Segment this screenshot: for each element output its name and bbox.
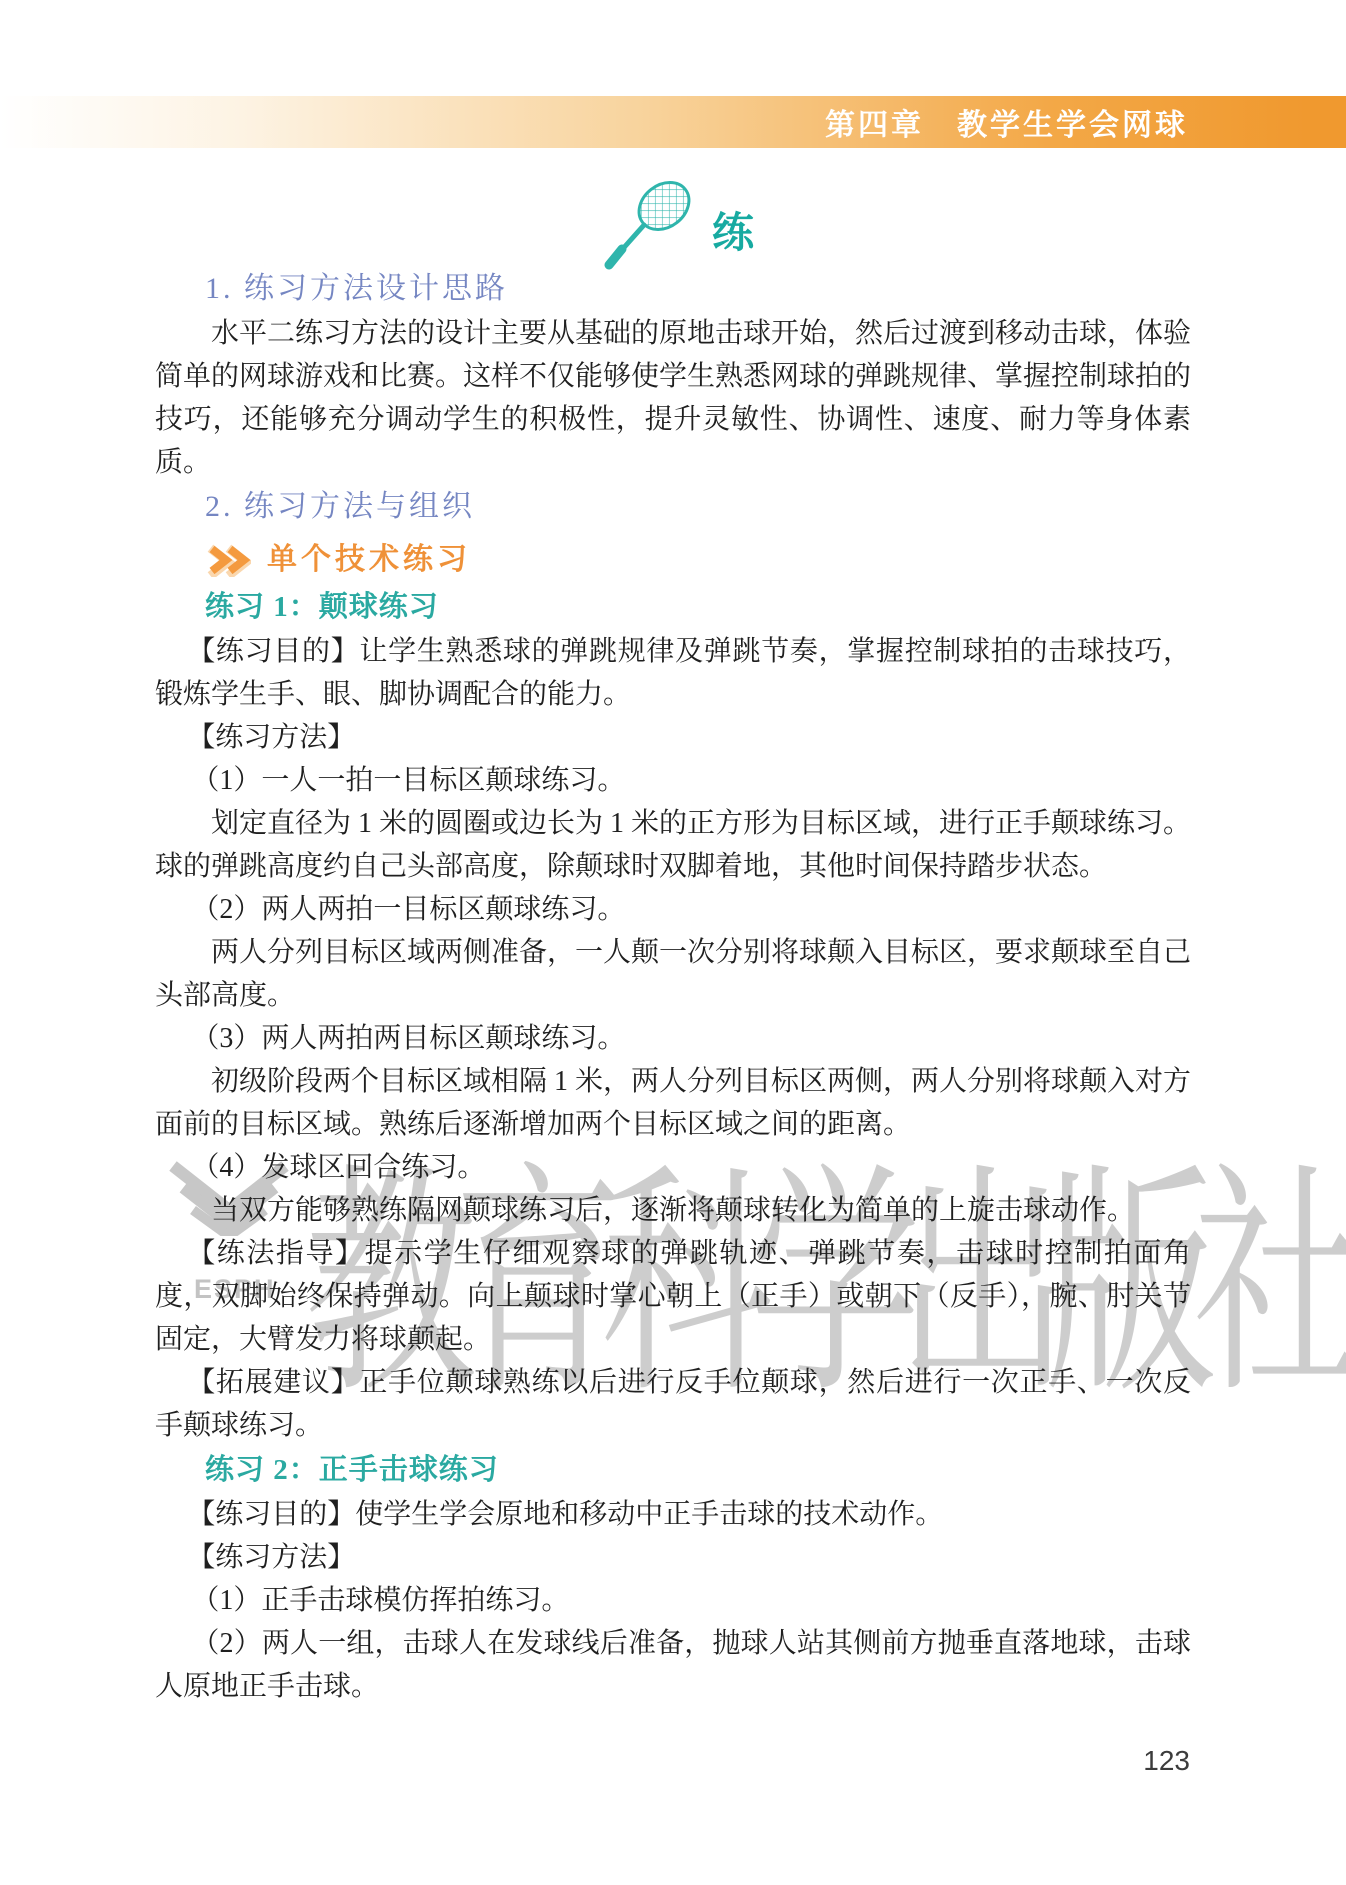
subsection-title: 单个技术练习	[267, 536, 471, 584]
section-heading-design: 1. 练习方法设计思路	[155, 266, 1191, 312]
page-content: 1. 练习方法设计思路 水平二练习方法的设计主要从基础的原地击球开始，然后过渡到…	[155, 266, 1191, 1708]
exercise1-tip: 【拓展建议】正手位颠球熟练以后进行反手位颠球，然后进行一次正手、一次反手颠球练习…	[155, 1361, 1191, 1447]
subsection-single-skill: 单个技术练习	[155, 536, 1191, 584]
exercise1-method4: （4）发球区回合练习。	[155, 1146, 1191, 1189]
exercise1-title: 练习 1：颠球练习	[155, 584, 1191, 630]
page-number: 123	[1143, 1745, 1190, 1777]
exercise1-method3: （3）两人两拍两目标区颠球练习。	[155, 1017, 1191, 1060]
exercise1-method-label: 【练习方法】	[155, 716, 1191, 759]
exercise2-method2: （2）两人一组，击球人在发球线后准备，抛球人站其侧前方抛垂直落地球，击球人原地正…	[155, 1622, 1191, 1708]
exercise2-title: 练习 2：正手击球练习	[155, 1447, 1191, 1493]
exercise1-method1: （1）一人一拍一目标区颠球练习。	[155, 759, 1191, 802]
tennis-racket-icon	[596, 176, 708, 272]
practice-label: 练	[712, 200, 754, 260]
exercise1-guide: 【练法指导】提示学生仔细观察球的弹跳轨迹、弹跳节奏，击球时控制拍面角度，双脚始终…	[155, 1232, 1191, 1361]
double-chevron-icon	[205, 543, 251, 577]
paragraph-design-intro: 水平二练习方法的设计主要从基础的原地击球开始，然后过渡到移动击球，体验简单的网球…	[155, 312, 1191, 484]
chapter-title: 第四章 教学生学会网球	[825, 100, 1188, 144]
exercise1-method1-desc: 划定直径为 1 米的圆圈或边长为 1 米的正方形为目标区域，进行正手颠球练习。球…	[155, 802, 1191, 888]
exercise2-method-label: 【练习方法】	[155, 1536, 1191, 1579]
exercise2-method1: （1）正手击球模仿挥拍练习。	[155, 1579, 1191, 1622]
exercise1-method4-desc: 当双方能够熟练隔网颠球练习后，逐渐将颠球转化为简单的上旋击球动作。	[155, 1189, 1191, 1232]
exercise2-purpose: 【练习目的】使学生学会原地和移动中正手击球的技术动作。	[155, 1493, 1191, 1536]
practice-marker: 练	[596, 176, 816, 276]
exercise1-method2-desc: 两人分列目标区域两侧准备，一人颠一次分别将球颠入目标区，要求颠球至自己头部高度。	[155, 931, 1191, 1017]
exercise1-method3-desc: 初级阶段两个目标区域相隔 1 米，两人分列目标区两侧，两人分别将球颠入对方面前的…	[155, 1060, 1191, 1146]
exercise1-purpose: 【练习目的】让学生熟悉球的弹跳规律及弹跳节奏，掌握控制球拍的击球技巧，锻炼学生手…	[155, 630, 1191, 716]
exercise1-method2: （2）两人两拍一目标区颠球练习。	[155, 888, 1191, 931]
chapter-header-band: 第四章 教学生学会网球	[0, 96, 1346, 148]
section-heading-methods: 2. 练习方法与组织	[155, 484, 1191, 530]
